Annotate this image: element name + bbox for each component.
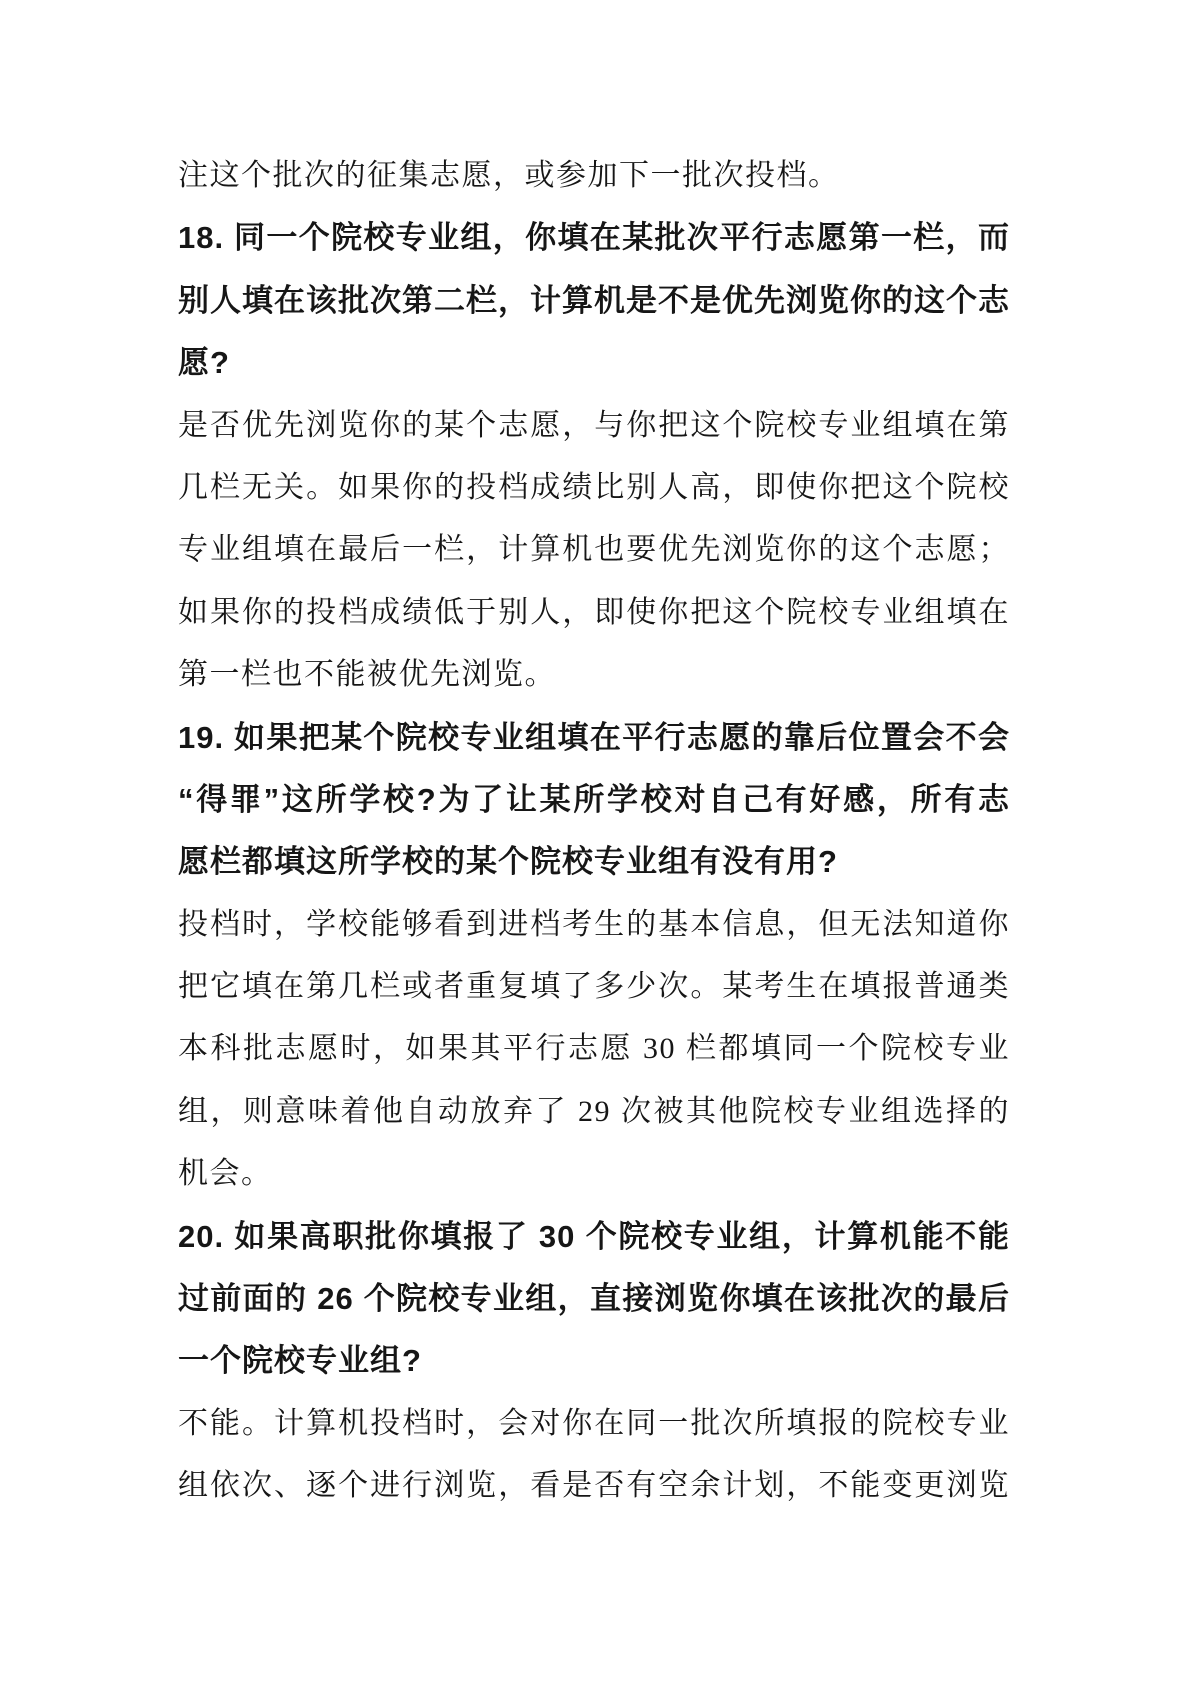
question-20-heading-line-2: 过前面的 26 个院校专业组，直接浏览你填在该批次的最后 bbox=[178, 1268, 1010, 1330]
answer-20-line-1: 不能。计算机投档时，会对你在同一批次所填报的院校专业 bbox=[178, 1393, 1010, 1455]
question-18-heading-line-3: 愿? bbox=[178, 332, 1010, 394]
question-19-heading-line-3: 愿栏都填这所学校的某个院校专业组有没有用? bbox=[178, 831, 1010, 893]
answer-18-line-2: 几栏无关。如果你的投档成绩比别人高，即使你把这个院校 bbox=[178, 457, 1010, 519]
answer-19-line-2: 把它填在第几栏或者重复填了多少次。某考生在填报普通类 bbox=[178, 956, 1010, 1018]
answer-17-continuation-line: 注这个批次的征集志愿，或参加下一批次投档。 bbox=[178, 145, 1010, 207]
question-20-heading-line-1: 20. 如果高职批你填报了 30 个院校专业组，计算机能不能跳 bbox=[178, 1206, 1010, 1268]
question-18-heading-line-2: 别人填在该批次第二栏，计算机是不是优先浏览你的这个志 bbox=[178, 270, 1010, 332]
answer-19-line-5: 机会。 bbox=[178, 1143, 1010, 1205]
answer-19-line-1: 投档时，学校能够看到进档考生的基本信息，但无法知道你 bbox=[178, 894, 1010, 956]
answer-18-line-5: 第一栏也不能被优先浏览。 bbox=[178, 644, 1010, 706]
text-block: 注这个批次的征集志愿，或参加下一批次投档。 18. 同一个院校专业组，你填在某批… bbox=[178, 145, 1010, 1518]
document-page: 注这个批次的征集志愿，或参加下一批次投档。 18. 同一个院校专业组，你填在某批… bbox=[0, 0, 1191, 1684]
answer-18-line-1: 是否优先浏览你的某个志愿，与你把这个院校专业组填在第 bbox=[178, 395, 1010, 457]
answer-19-line-4: 组，则意味着他自动放弃了 29 次被其他院校专业组选择的 bbox=[178, 1081, 1010, 1143]
answer-18-line-4: 如果你的投档成绩低于别人，即使你把这个院校专业组填在 bbox=[178, 582, 1010, 644]
question-19-heading-line-1: 19. 如果把某个院校专业组填在平行志愿的靠后位置会不会 bbox=[178, 707, 1010, 769]
question-19-heading-line-2: “得罪”这所学校?为了让某所学校对自己有好感，所有志 bbox=[178, 769, 1010, 831]
answer-18-line-3: 专业组填在最后一栏，计算机也要优先浏览你的这个志愿； bbox=[178, 519, 1010, 581]
question-18-heading-line-1: 18. 同一个院校专业组，你填在某批次平行志愿第一栏，而 bbox=[178, 207, 1010, 269]
answer-20-line-2: 组依次、逐个进行浏览，看是否有空余计划，不能变更浏览 bbox=[178, 1455, 1010, 1517]
answer-19-line-3: 本科批志愿时，如果其平行志愿 30 栏都填同一个院校专业 bbox=[178, 1018, 1010, 1080]
question-20-heading-line-3: 一个院校专业组? bbox=[178, 1330, 1010, 1392]
